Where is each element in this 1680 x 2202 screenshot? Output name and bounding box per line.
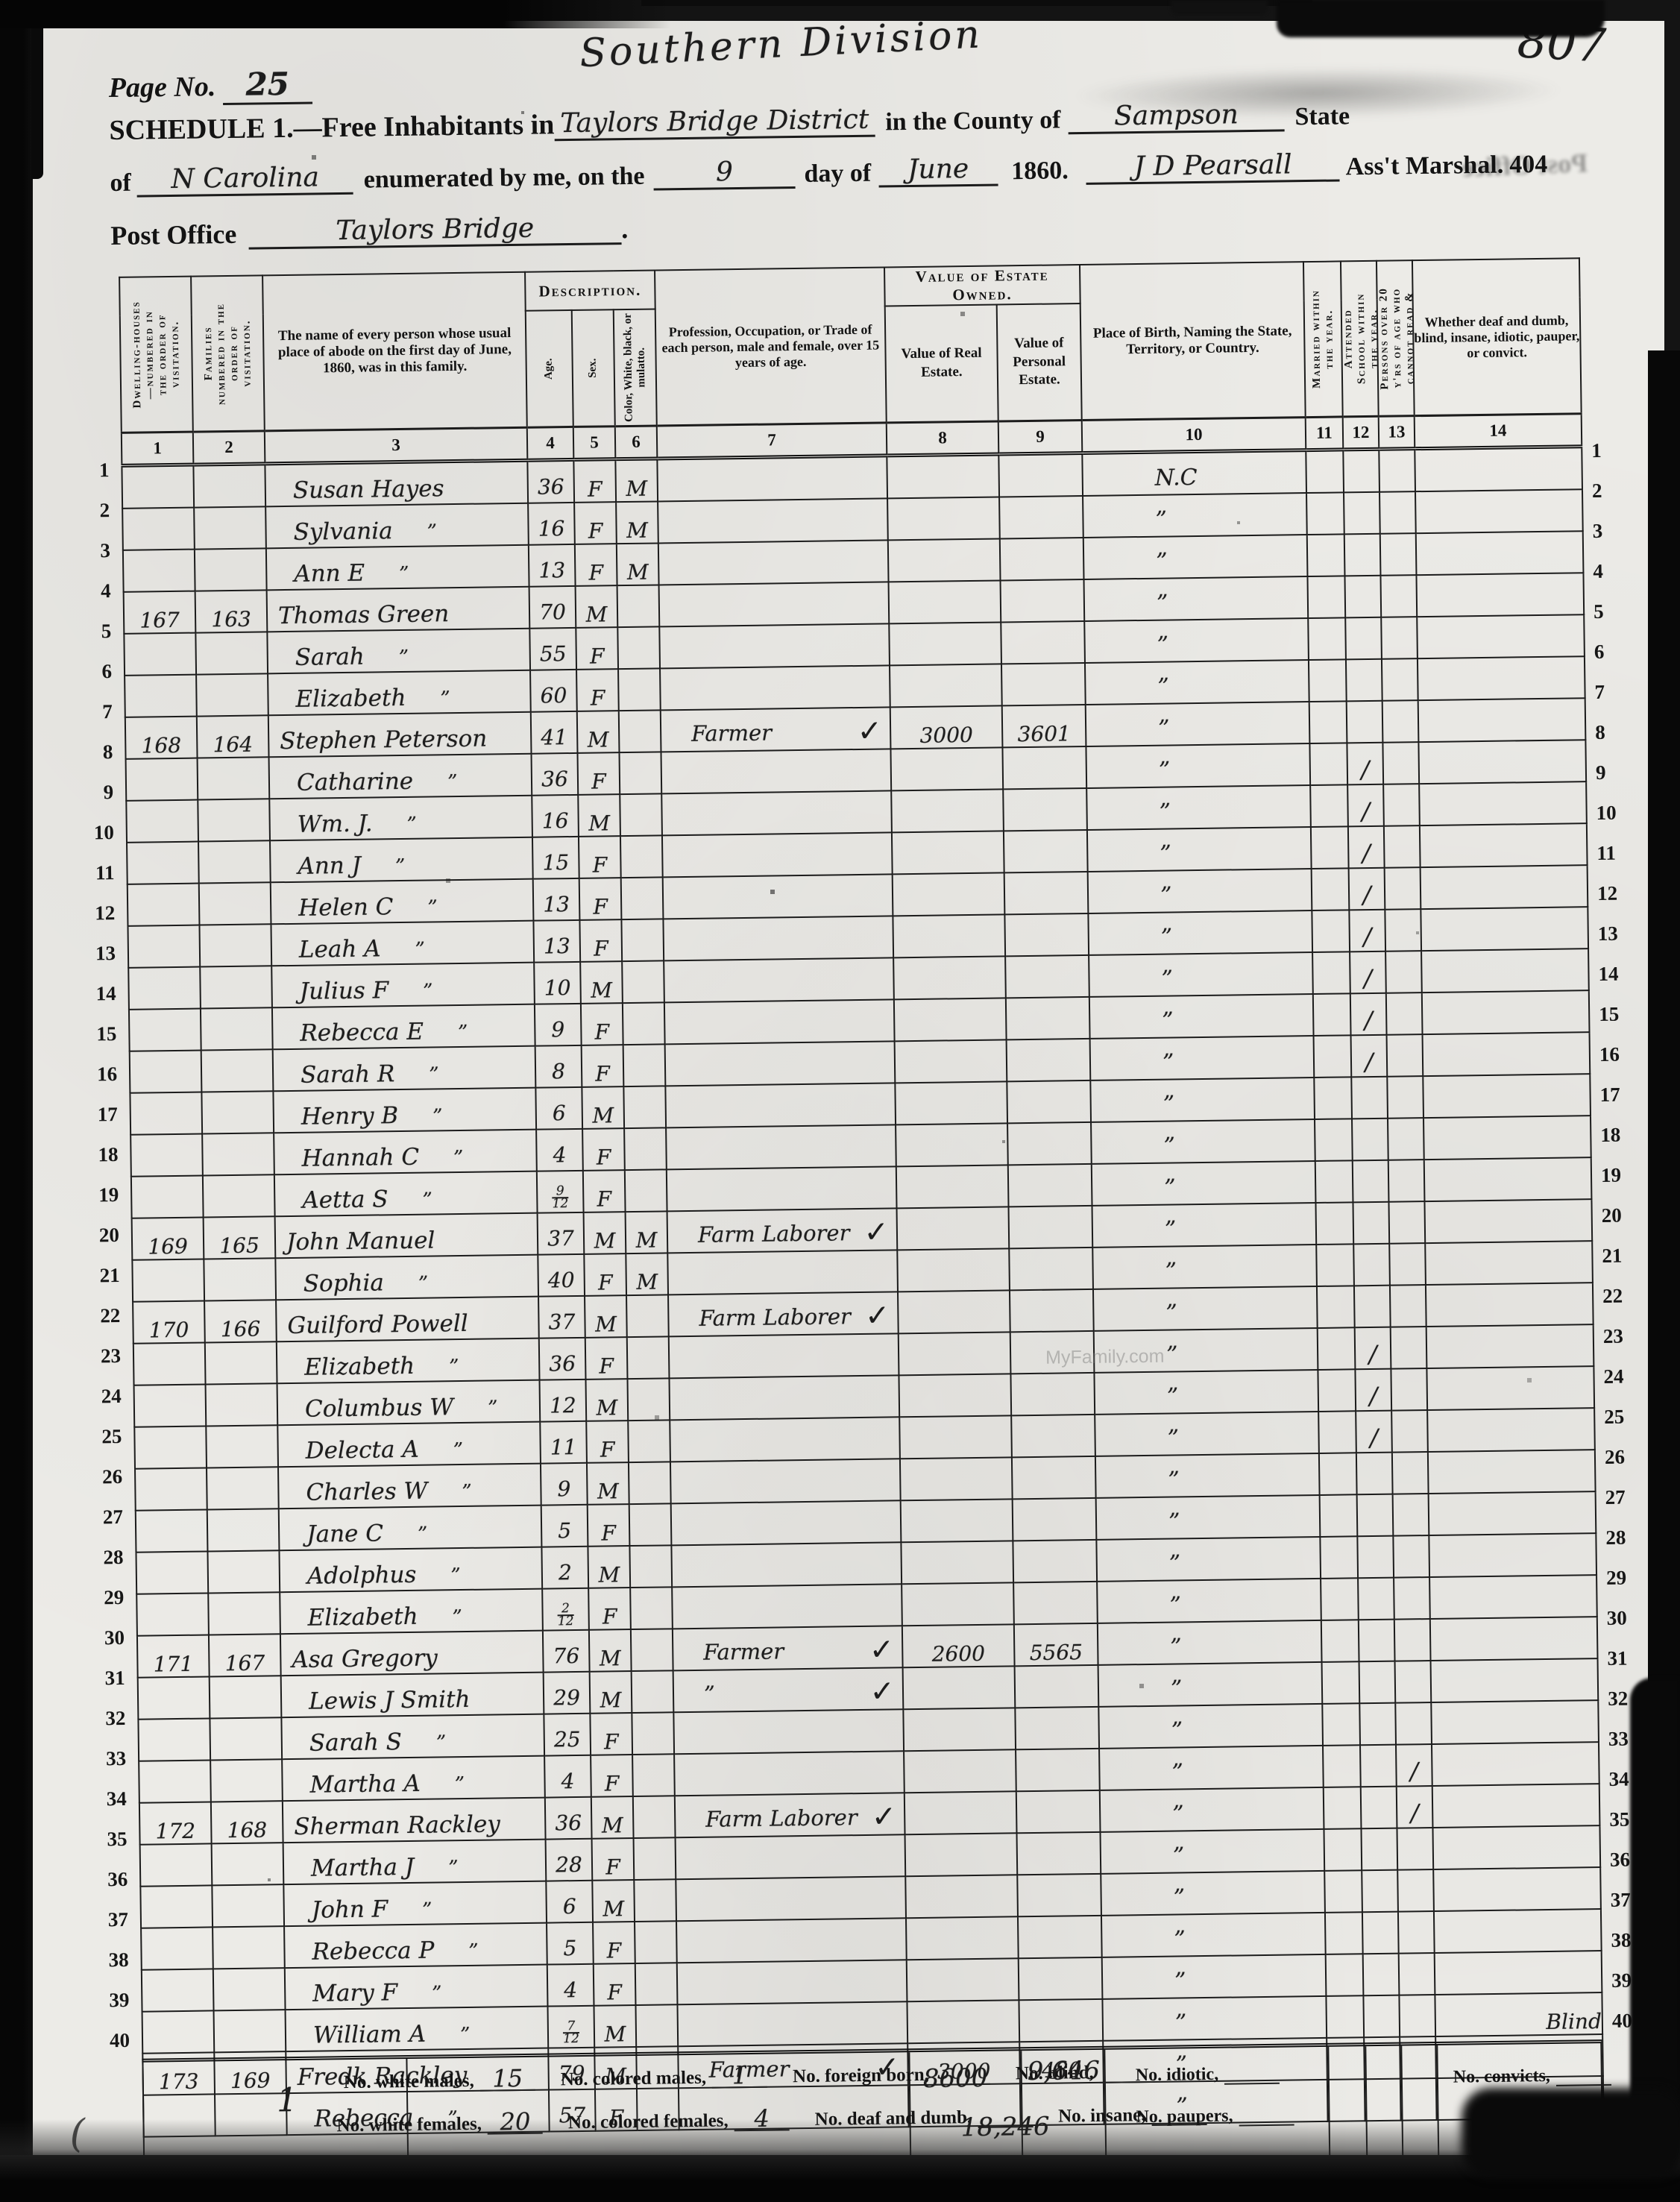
cell-color: M xyxy=(626,1211,668,1253)
cell-personal-estate: 5565 xyxy=(1014,1623,1098,1666)
cell-real-estate xyxy=(902,1582,1014,1626)
cell-sex: M xyxy=(587,1462,629,1505)
day-value: 9 xyxy=(653,156,796,190)
cell-birthplace: ” xyxy=(1092,1245,1317,1289)
cell-dwelling-no xyxy=(122,465,194,509)
cell-birthplace: ” xyxy=(1102,1954,1327,1999)
cell-birthplace: ” xyxy=(1102,1996,1327,2041)
cell-sex: M xyxy=(578,794,620,837)
cell-color xyxy=(628,1420,670,1462)
row-number: 15 xyxy=(1596,993,1631,1034)
row-number: 26 xyxy=(1602,1436,1637,1477)
cell-sex: F xyxy=(585,1337,628,1380)
cell-birthplace: ” xyxy=(1100,1787,1324,1832)
cell-age: 76 xyxy=(543,1630,590,1673)
row-number: 14 xyxy=(86,973,121,1014)
cell-age: 6 xyxy=(535,1087,582,1130)
cell-family-no xyxy=(199,882,271,925)
cell-condition xyxy=(1429,1575,1597,1619)
row-number: 18 xyxy=(1597,1114,1632,1155)
cell-sex: F xyxy=(583,1170,626,1212)
cell-attended-school xyxy=(1347,701,1383,743)
cell-dwelling-no xyxy=(133,1343,206,1385)
estate-group-header: Value of Estate Owned. xyxy=(884,265,1080,306)
cell-name: Wm. J.” xyxy=(269,796,532,841)
cell-birthplace: ” xyxy=(1083,535,1308,579)
cell-age: 11 xyxy=(540,1421,587,1464)
row-number: 5 xyxy=(81,611,116,652)
cell-birthplace: ” xyxy=(1101,1913,1326,1957)
cell-dwelling-no: 171 xyxy=(137,1635,210,1677)
cell-attended-school xyxy=(1353,1244,1390,1286)
cell-family-no xyxy=(201,1049,274,1092)
cell-attended-school xyxy=(1363,1954,1400,1996)
post-office-row: Post Office Taylors Bridge . xyxy=(110,212,628,251)
cell-attended-school xyxy=(1359,1661,1396,1704)
cell-age: 2 xyxy=(541,1547,588,1589)
cell-sex: F xyxy=(591,1755,633,1797)
cell-color xyxy=(620,835,663,878)
cell-name: Asa Gregory xyxy=(280,1631,544,1676)
cell-name: Catharine” xyxy=(269,754,532,799)
cell-family-no xyxy=(196,673,268,716)
cell-name: Ann J” xyxy=(270,837,533,883)
cell-married-in-year xyxy=(1319,1453,1357,1495)
cell-color xyxy=(630,1587,673,1629)
cell-personal-estate xyxy=(1015,1665,1099,1708)
cell-attended-school xyxy=(1360,1745,1397,1787)
cell-attended-school xyxy=(1359,1703,1396,1746)
row-number: 9 xyxy=(1593,752,1628,793)
cell-married-in-year xyxy=(1309,743,1347,785)
cell-birthplace: ” xyxy=(1084,576,1309,621)
cell-cannot-read-write xyxy=(1384,825,1421,868)
cell-married-in-year xyxy=(1326,1995,1364,2038)
cell-age: 9 xyxy=(541,1463,588,1506)
cell-attended-school xyxy=(1344,492,1380,535)
cell-condition xyxy=(1421,865,1588,909)
cell-personal-estate xyxy=(1008,1164,1092,1207)
cell-age: 5 xyxy=(547,1922,594,1965)
cell-color xyxy=(621,919,664,961)
cell-family-no xyxy=(213,1926,285,1969)
cell-attended-school: / xyxy=(1356,1411,1392,1453)
cell-family-no xyxy=(206,1383,278,1426)
col-personalestate-header: Value of Personal Estate. xyxy=(997,303,1082,421)
cell-personal-estate xyxy=(1010,1373,1095,1415)
cell-married-in-year xyxy=(1307,534,1345,576)
row-number: 20 xyxy=(1598,1195,1633,1236)
cell-sex: F xyxy=(584,1253,626,1296)
cell-occupation xyxy=(658,540,889,585)
cell-birthplace: ” xyxy=(1096,1495,1321,1540)
cell-real-estate xyxy=(889,580,1001,623)
cell-condition xyxy=(1429,1533,1596,1577)
cell-cannot-read-write xyxy=(1391,1327,1427,1369)
cell-condition xyxy=(1432,1825,1600,1869)
row-number: 8 xyxy=(83,732,118,773)
cell-married-in-year xyxy=(1322,1703,1360,1746)
cell-occupation: Farm Laborer✓ xyxy=(675,1793,905,1837)
cell-attended-school xyxy=(1345,617,1382,660)
cell-dwelling-no xyxy=(140,1885,213,1928)
cell-family-no xyxy=(198,840,271,883)
cell-real-estate: 3000 xyxy=(890,705,1003,749)
cell-age: 8 xyxy=(535,1045,582,1088)
cell-dwelling-no xyxy=(125,675,197,717)
cell-name: Helen C” xyxy=(271,879,534,925)
cell-personal-estate xyxy=(1016,1790,1101,1833)
cell-dwelling-no xyxy=(127,842,199,884)
cell-age: 712 xyxy=(547,2006,594,2048)
cell-occupation xyxy=(671,1542,902,1587)
row-number: 8 xyxy=(1592,711,1627,752)
cell-sex: F xyxy=(588,1588,631,1630)
cell-sex: F xyxy=(593,1922,635,1964)
census-table: Dwelling-houses—numbered in the order of… xyxy=(119,257,1605,2137)
cell-married-in-year xyxy=(1307,576,1345,618)
cell-birthplace: ” xyxy=(1085,660,1309,705)
cell-dwelling-no xyxy=(134,1385,207,1427)
cell-sex: F xyxy=(574,502,617,544)
cell-name: Delecta A” xyxy=(277,1422,541,1468)
cell-real-estate xyxy=(895,1081,1007,1124)
cell-married-in-year xyxy=(1316,1244,1354,1286)
cell-condition xyxy=(1421,907,1588,951)
row-number: 19 xyxy=(89,1174,124,1215)
cell-color: M xyxy=(617,543,659,585)
cell-occupation xyxy=(677,2001,907,2046)
cell-cannot-read-write xyxy=(1379,449,1415,492)
summary-item-value: 15 xyxy=(480,2068,535,2092)
cell-family-no xyxy=(212,1884,284,1927)
scan-blot-bottom-right xyxy=(1462,2088,1680,2177)
cell-cannot-read-write xyxy=(1397,1828,1433,1870)
row-number: 38 xyxy=(98,1940,133,1981)
cell-name: Susan Hayes xyxy=(265,460,528,506)
cell-sex: M xyxy=(588,1546,630,1588)
cell-attended-school xyxy=(1356,1453,1393,1495)
cell-occupation xyxy=(664,957,894,1002)
cell-age: 29 xyxy=(544,1672,591,1714)
cell-sex: M xyxy=(585,1295,627,1338)
cell-age: 55 xyxy=(529,628,576,670)
cell-color xyxy=(624,1127,667,1170)
cell-married-in-year xyxy=(1312,951,1350,994)
group-header-row: Dwelling-houses—numbered in the order of… xyxy=(119,258,1580,316)
cell-married-in-year xyxy=(1312,910,1350,952)
cell-age: 212 xyxy=(542,1588,589,1631)
cell-sex: F xyxy=(592,1838,635,1881)
cell-personal-estate xyxy=(1007,1122,1092,1165)
state-word: State xyxy=(1294,102,1350,131)
row-number: 25 xyxy=(92,1416,127,1457)
cell-married-in-year xyxy=(1306,492,1344,535)
cell-dwelling-no xyxy=(123,550,195,592)
cell-family-no xyxy=(195,632,268,674)
row-number: 39 xyxy=(99,1980,134,2021)
cell-real-estate xyxy=(905,1833,1018,1876)
cell-occupation xyxy=(669,1375,899,1420)
cell-age: 36 xyxy=(545,1797,592,1840)
document-content: Southern Division 807 Page No. 25 Post O… xyxy=(5,10,1679,2183)
cell-cannot-read-write: / xyxy=(1396,1744,1432,1787)
cell-color xyxy=(617,626,660,669)
cell-name: William A” xyxy=(286,2007,549,2052)
cell-married-in-year xyxy=(1309,701,1347,743)
cell-dwelling-no xyxy=(126,800,198,843)
row-number: 11 xyxy=(1594,832,1629,873)
cell-real-estate xyxy=(893,914,1005,957)
cell-color xyxy=(619,752,661,794)
marshal-title: Ass't Marshal. xyxy=(1345,151,1503,182)
cell-personal-estate xyxy=(1015,1707,1099,1749)
cell-personal-estate xyxy=(1004,913,1089,956)
cell-sex: M xyxy=(585,1379,628,1421)
cell-family-no: 167 xyxy=(209,1634,281,1676)
cell-birthplace: ” xyxy=(1092,1203,1317,1248)
row-number: 7 xyxy=(1591,671,1626,712)
row-number: 2 xyxy=(80,490,115,531)
row-number: 9 xyxy=(84,772,119,813)
cell-condition xyxy=(1423,1116,1591,1160)
cell-personal-estate xyxy=(1019,1957,1103,2000)
cell-attended-school: / xyxy=(1355,1369,1391,1412)
cell-birthplace: ” xyxy=(1097,1579,1321,1623)
cell-real-estate xyxy=(901,1499,1013,1542)
cell-birthplace: ” xyxy=(1092,1161,1316,1206)
row-number: 21 xyxy=(89,1255,125,1296)
cell-personal-estate xyxy=(1018,1916,1102,1958)
cell-age: 12 xyxy=(540,1380,587,1422)
cell-dwelling-no xyxy=(132,1259,204,1302)
cell-age: 70 xyxy=(529,586,576,629)
cell-condition xyxy=(1425,1241,1593,1285)
cell-occupation xyxy=(676,1834,906,1879)
cell-attended-school: / xyxy=(1347,784,1384,827)
cell-married-in-year xyxy=(1311,826,1349,869)
cell-cannot-read-write xyxy=(1387,1034,1423,1077)
cell-name: Elizabeth” xyxy=(277,1338,540,1384)
cell-dwelling-no: 170 xyxy=(133,1301,205,1344)
cell-married-in-year xyxy=(1326,1954,1364,1996)
cell-sex: F xyxy=(576,627,618,670)
post-office-period: . xyxy=(621,213,629,245)
cell-birthplace: ” xyxy=(1088,910,1312,955)
cell-real-estate xyxy=(889,622,1001,665)
cell-attended-school xyxy=(1361,1828,1397,1871)
cell-name: Adolphus” xyxy=(279,1547,542,1593)
cell-color xyxy=(634,1837,676,1880)
cell-dwelling-no xyxy=(122,508,195,550)
enumerated-label: enumerated by me, on the xyxy=(363,163,644,195)
row-number: 7 xyxy=(82,691,117,732)
colnum-7: 7 xyxy=(657,423,887,459)
cell-real-estate xyxy=(901,1541,1013,1584)
cell-married-in-year xyxy=(1309,659,1347,702)
cell-occupation xyxy=(659,582,890,626)
row-number: 12 xyxy=(1594,872,1629,913)
cell-birthplace: ” xyxy=(1101,1871,1325,1916)
cell-real-estate xyxy=(907,1958,1019,2001)
row-number: 24 xyxy=(91,1376,126,1417)
cell-sex: M xyxy=(590,1671,632,1714)
cell-occupation xyxy=(663,916,893,960)
cell-condition xyxy=(1422,990,1590,1034)
cell-sex: M xyxy=(584,1212,626,1254)
cell-birthplace: ” xyxy=(1095,1412,1319,1456)
cell-birthplace: ” xyxy=(1096,1537,1321,1582)
cell-married-in-year xyxy=(1306,450,1344,493)
cell-attended-school xyxy=(1344,576,1381,618)
cell-birthplace: ” xyxy=(1091,1119,1315,1164)
cell-real-estate xyxy=(900,1457,1013,1500)
cell-family-no xyxy=(210,1759,283,1802)
cell-family-no xyxy=(206,1425,278,1468)
cell-occupation xyxy=(676,1918,907,1963)
cell-sex: M xyxy=(577,711,620,753)
cell-personal-estate xyxy=(1012,1456,1096,1499)
cell-family-no xyxy=(210,1676,282,1718)
cell-color: M xyxy=(626,1253,668,1295)
cell-condition xyxy=(1423,1032,1591,1076)
cell-real-estate xyxy=(898,1290,1010,1333)
cell-occupation xyxy=(661,749,891,793)
row-number: 13 xyxy=(1594,913,1629,954)
cell-age: 6 xyxy=(546,1881,593,1923)
cell-color xyxy=(631,1629,673,1671)
cell-family-no xyxy=(207,1467,279,1509)
cell-age: 912 xyxy=(537,1171,584,1213)
cell-personal-estate xyxy=(1013,1582,1098,1624)
summary-item-label: No. foreign born, xyxy=(793,2065,929,2087)
cell-real-estate xyxy=(887,454,999,498)
colnum-13: 13 xyxy=(1379,416,1415,450)
cell-attended-school xyxy=(1362,1912,1399,1954)
cell-sex: F xyxy=(579,919,622,962)
cell-color xyxy=(632,1712,674,1755)
cell-cannot-read-write xyxy=(1388,1118,1424,1160)
row-number: 25 xyxy=(1601,1396,1636,1437)
cell-color xyxy=(633,1796,676,1838)
cell-attended-school xyxy=(1363,1995,1400,2038)
cell-family-no: 165 xyxy=(204,1216,276,1259)
cell-married-in-year xyxy=(1325,1912,1363,1954)
cell-condition: Blind xyxy=(1435,1992,1602,2036)
cell-married-in-year xyxy=(1321,1578,1359,1620)
cell-personal-estate xyxy=(1009,1248,1093,1290)
cell-name: Martha J” xyxy=(283,1840,547,1885)
cell-personal-estate xyxy=(1017,1874,1101,1916)
cell-age: 4 xyxy=(547,1964,594,2007)
cell-occupation: Farm Laborer✓ xyxy=(668,1292,899,1336)
cell-condition xyxy=(1428,1450,1596,1494)
row-number: 3 xyxy=(81,530,116,571)
colnum-14: 14 xyxy=(1415,414,1582,449)
cell-married-in-year xyxy=(1324,1870,1362,1913)
cell-family-no xyxy=(204,1258,276,1300)
cell-family-no xyxy=(201,1007,273,1050)
cell-cannot-read-write xyxy=(1382,700,1419,743)
cell-color xyxy=(623,1002,665,1045)
cell-personal-estate xyxy=(1000,538,1084,580)
cell-personal-estate xyxy=(1011,1415,1095,1457)
cell-cannot-read-write xyxy=(1399,1953,1435,1995)
year-label: 1860. xyxy=(1011,157,1069,186)
cell-condition xyxy=(1415,489,1583,533)
row-number: 31 xyxy=(1604,1638,1639,1679)
cell-real-estate xyxy=(903,1708,1016,1751)
row-number: 23 xyxy=(1600,1315,1635,1356)
cell-birthplace: ” xyxy=(1098,1704,1323,1749)
cell-attended-school: / xyxy=(1355,1327,1391,1370)
cell-real-estate xyxy=(903,1666,1016,1709)
cell-birthplace: ” xyxy=(1090,1036,1315,1080)
cell-personal-estate xyxy=(1004,830,1088,872)
cell-color xyxy=(618,668,661,711)
post-office-value: Taylors Bridge xyxy=(248,212,622,250)
ink-specks xyxy=(0,0,1,1)
col-occupation-header: Profession, Occupation, or Trade of each… xyxy=(655,267,887,426)
cell-cannot-read-write xyxy=(1380,575,1417,617)
cell-married-in-year xyxy=(1312,868,1350,910)
row-number: 17 xyxy=(1596,1074,1632,1115)
cell-name: Stephen Peterson xyxy=(268,712,532,758)
cell-cannot-read-write xyxy=(1397,1869,1434,1912)
cell-name: Guilford Powell xyxy=(276,1297,539,1342)
cell-sex: M xyxy=(582,1086,624,1129)
watermark-text: MyFamily.com xyxy=(1045,1346,1165,1369)
cell-occupation: Farm Laborer✓ xyxy=(667,1208,898,1253)
cell-condition xyxy=(1416,531,1584,575)
cell-sex: M xyxy=(576,585,618,628)
cell-family-no xyxy=(205,1341,277,1384)
cell-birthplace: ” xyxy=(1094,1370,1318,1415)
cell-condition xyxy=(1424,1157,1592,1201)
cell-occupation: Farmer✓ xyxy=(673,1626,903,1670)
cell-color xyxy=(623,1086,666,1128)
cell-occupation xyxy=(666,1124,896,1169)
cell-occupation xyxy=(671,1500,902,1545)
cell-cannot-read-write xyxy=(1398,1911,1435,1954)
cell-birthplace: ” xyxy=(1099,1746,1324,1790)
summary-item-label: No. white males, xyxy=(344,2071,474,2093)
cell-occupation xyxy=(667,1166,897,1211)
cell-age: 60 xyxy=(530,670,577,712)
cell-occupation xyxy=(672,1584,902,1629)
cell-age: 4 xyxy=(536,1129,583,1171)
cell-occupation xyxy=(670,1459,901,1503)
cell-married-in-year xyxy=(1314,1035,1352,1078)
row-number: 32 xyxy=(95,1698,130,1739)
cell-age: 25 xyxy=(544,1714,591,1756)
cell-family-no xyxy=(210,1717,282,1760)
cell-color xyxy=(621,877,664,919)
cell-name: Rebecca P” xyxy=(284,1923,547,1969)
description-group-header: Description. xyxy=(525,270,655,310)
census-rows: Susan Hayes36FMN.CSylvania”16FM”Ann E”13… xyxy=(122,447,1603,2137)
cell-occupation xyxy=(661,790,892,835)
cell-dwelling-no xyxy=(130,1051,202,1093)
cell-cannot-read-write xyxy=(1393,1535,1429,1578)
cell-personal-estate xyxy=(1005,955,1089,998)
cell-condition xyxy=(1415,447,1582,491)
schedule-line-1: SCHEDULE 1.—Free Inhabitants in Taylors … xyxy=(109,98,1350,147)
cell-condition xyxy=(1420,823,1588,867)
cell-color xyxy=(629,1503,672,1546)
county-label: in the County of xyxy=(885,106,1061,136)
cell-occupation xyxy=(662,832,893,877)
